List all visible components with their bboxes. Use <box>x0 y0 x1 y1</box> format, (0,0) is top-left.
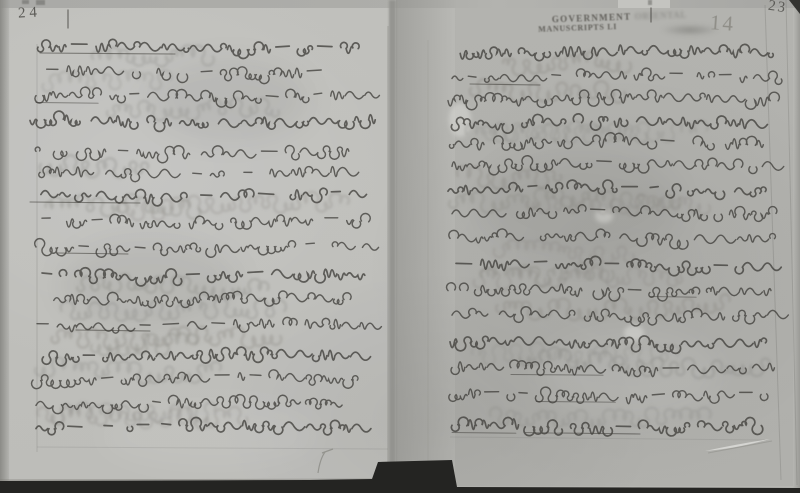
page-number-left: 24 <box>18 4 42 22</box>
pencil-squiggle-mark <box>318 449 333 473</box>
page-number-right: 23 <box>767 0 788 17</box>
bottom-shadow-band <box>0 460 800 493</box>
handwriting-layer <box>0 0 800 493</box>
pencil-folio-number: 14 <box>709 10 736 37</box>
scratch-mark <box>705 439 772 453</box>
corner-shadow-wedge <box>789 0 800 14</box>
manuscript-scan: GOVERNMENT ORIENTAL MANUSCRIPTS LI 24 23… <box>0 0 800 493</box>
handwritten-text-lines <box>30 39 788 436</box>
stamp-word-oriental: ORIENTAL <box>635 10 687 22</box>
